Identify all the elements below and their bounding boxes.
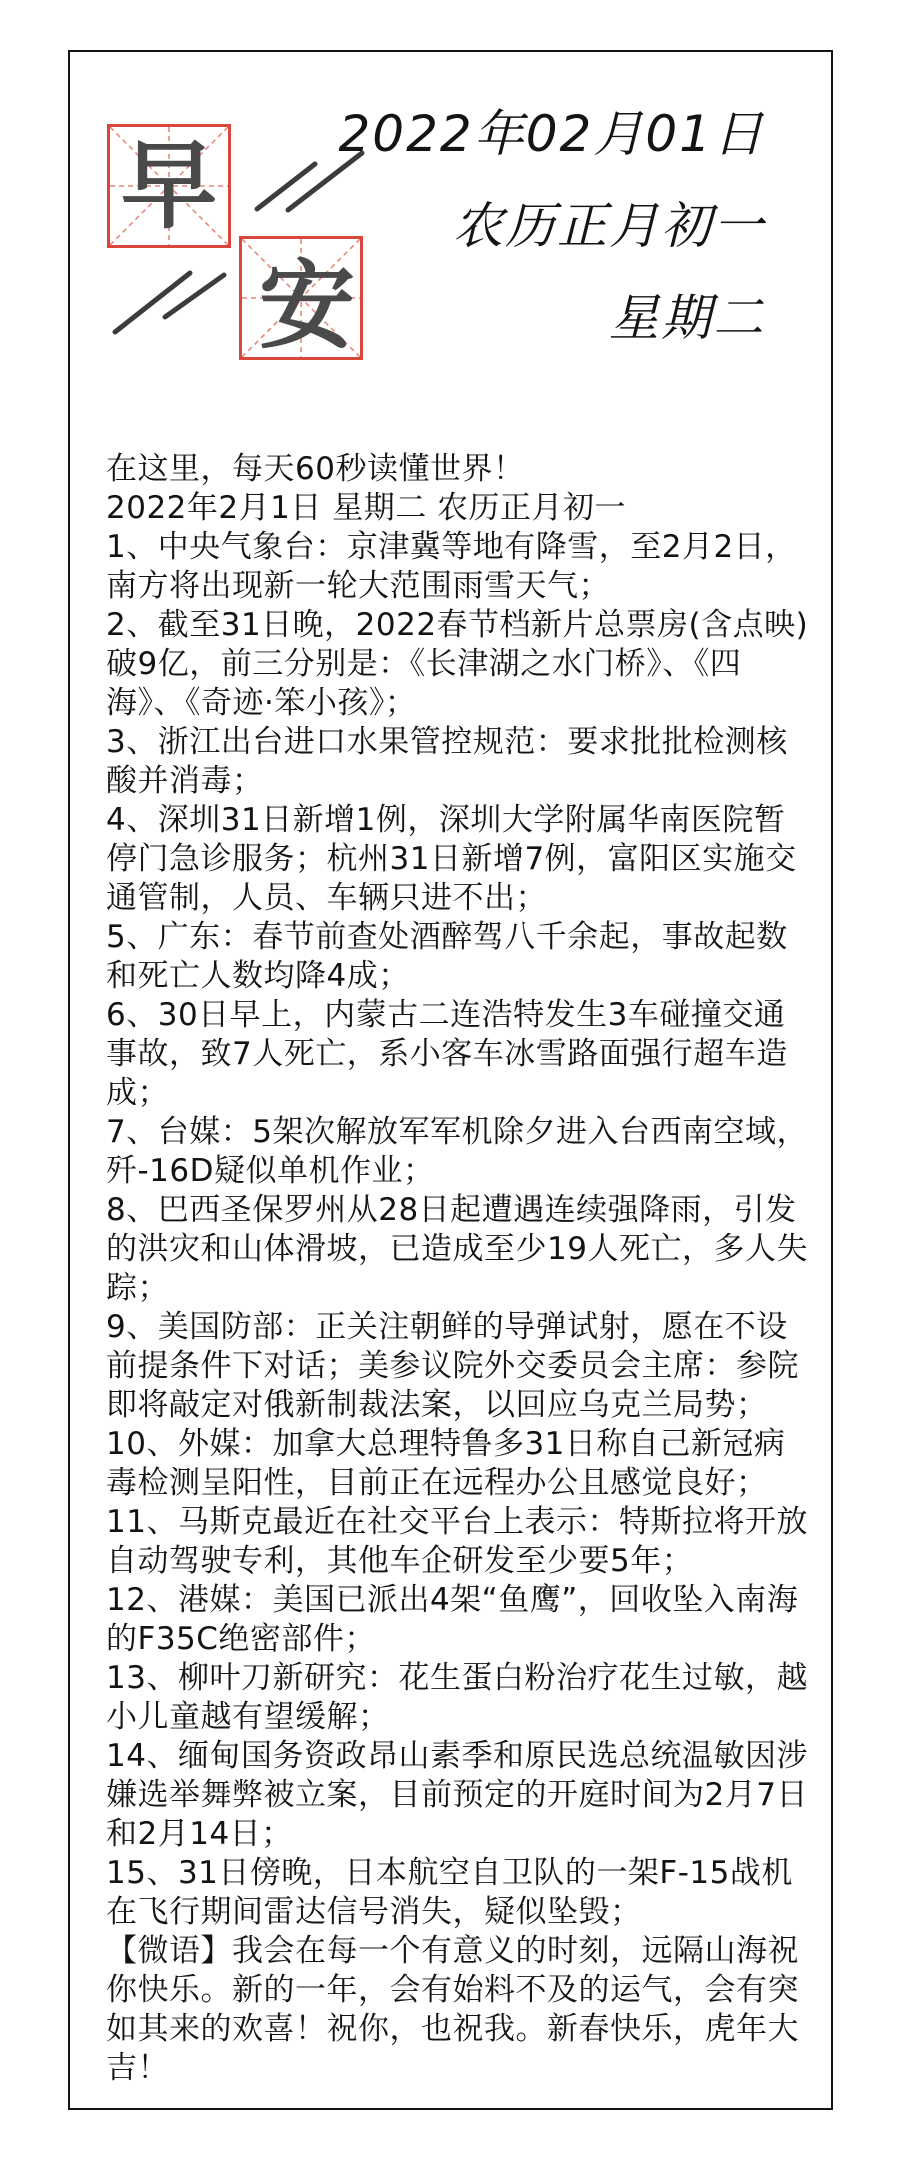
news-item-7: 7、台媒：5架次解放军军机除夕进入台西南空域，歼-16D疑似单机作业； [106, 1113, 812, 1191]
news-item-12: 12、港媒：美国已派出4架“鱼鹰”，回收坠入南海的F35C绝密部件； [106, 1581, 812, 1659]
news-item-2: 2、截至31日晚，2022春节档新片总票房(含点映)破9亿，前三分别是：《长津湖… [106, 606, 812, 723]
weiyu-line: 【微语】我会在每一个有意义的时刻，远隔山海祝你快乐。新的一年，会有始料不及的运气… [106, 1932, 812, 2088]
date-gregorian: 2022年02月01日 [325, 88, 765, 180]
news-item-6: 6、30日早上，内蒙古二连浩特发生3车碰撞交通事故，致7人死亡，系小客车冰雪路面… [106, 996, 812, 1113]
news-item-8: 8、巴西圣保罗州从28日起遭遇连续强降雨，引发的洪灾和山体滑坡，已造成至少19人… [106, 1191, 812, 1308]
news-item-14: 14、缅甸国务资政昂山素季和原民选总统温敏因涉嫌选举舞弊被立案，目前预定的开庭时… [106, 1737, 812, 1854]
news-item-15: 15、31日傍晚，日本航空自卫队的一架F-15战机在飞行期间雷达信号消失，疑似坠… [106, 1854, 812, 1932]
news-item-5: 5、广东：春节前查处酒醉驾八千余起，事故起数和死亡人数均降4成； [106, 918, 812, 996]
news-item-11: 11、马斯克最近在社交平台上表示：特斯拉将开放自动驾驶专利，其他车企研发至少要5… [106, 1503, 812, 1581]
calligraphy-box-zao: 早 [107, 124, 231, 248]
morning-news-card: 早 [0, 0, 900, 2160]
logo-char-zao: 早 [110, 127, 228, 245]
double-slash-icon [102, 264, 232, 346]
news-body: 在这里，每天60秒读懂世界！ 2022年2月1日 星期二 农历正月初一 1、中央… [106, 450, 812, 2088]
border-frame: 早 [68, 50, 833, 2110]
body-date-line: 2022年2月1日 星期二 农历正月初一 [106, 489, 812, 528]
news-item-10: 10、外媒：加拿大总理特鲁多31日称自己新冠病毒检测呈阳性，目前正在远程办公且感… [106, 1425, 812, 1503]
news-item-3: 3、浙江出台进口水果管控规范：要求批批检测核酸并消毒； [106, 723, 812, 801]
intro-line: 在这里，每天60秒读懂世界！ [106, 450, 812, 489]
date-lunar: 农历正月初一 [325, 180, 765, 272]
news-item-9: 9、美国防部：正关注朝鲜的导弹试射，愿在不设前提条件下对话；美参议院外交委员会主… [106, 1308, 812, 1425]
news-item-4: 4、深圳31日新增1例，深圳大学附属华南医院暂停门急诊服务；杭州31日新增7例，… [106, 801, 812, 918]
news-item-1: 1、中央气象台：京津冀等地有降雪，至2月2日，南方将出现新一轮大范围雨雪天气； [106, 528, 812, 606]
date-weekday: 星期二 [325, 272, 765, 364]
date-block: 2022年02月01日 农历正月初一 星期二 [325, 88, 765, 364]
news-item-13: 13、柳叶刀新研究：花生蛋白粉治疗花生过敏，越小儿童越有望缓解； [106, 1659, 812, 1737]
